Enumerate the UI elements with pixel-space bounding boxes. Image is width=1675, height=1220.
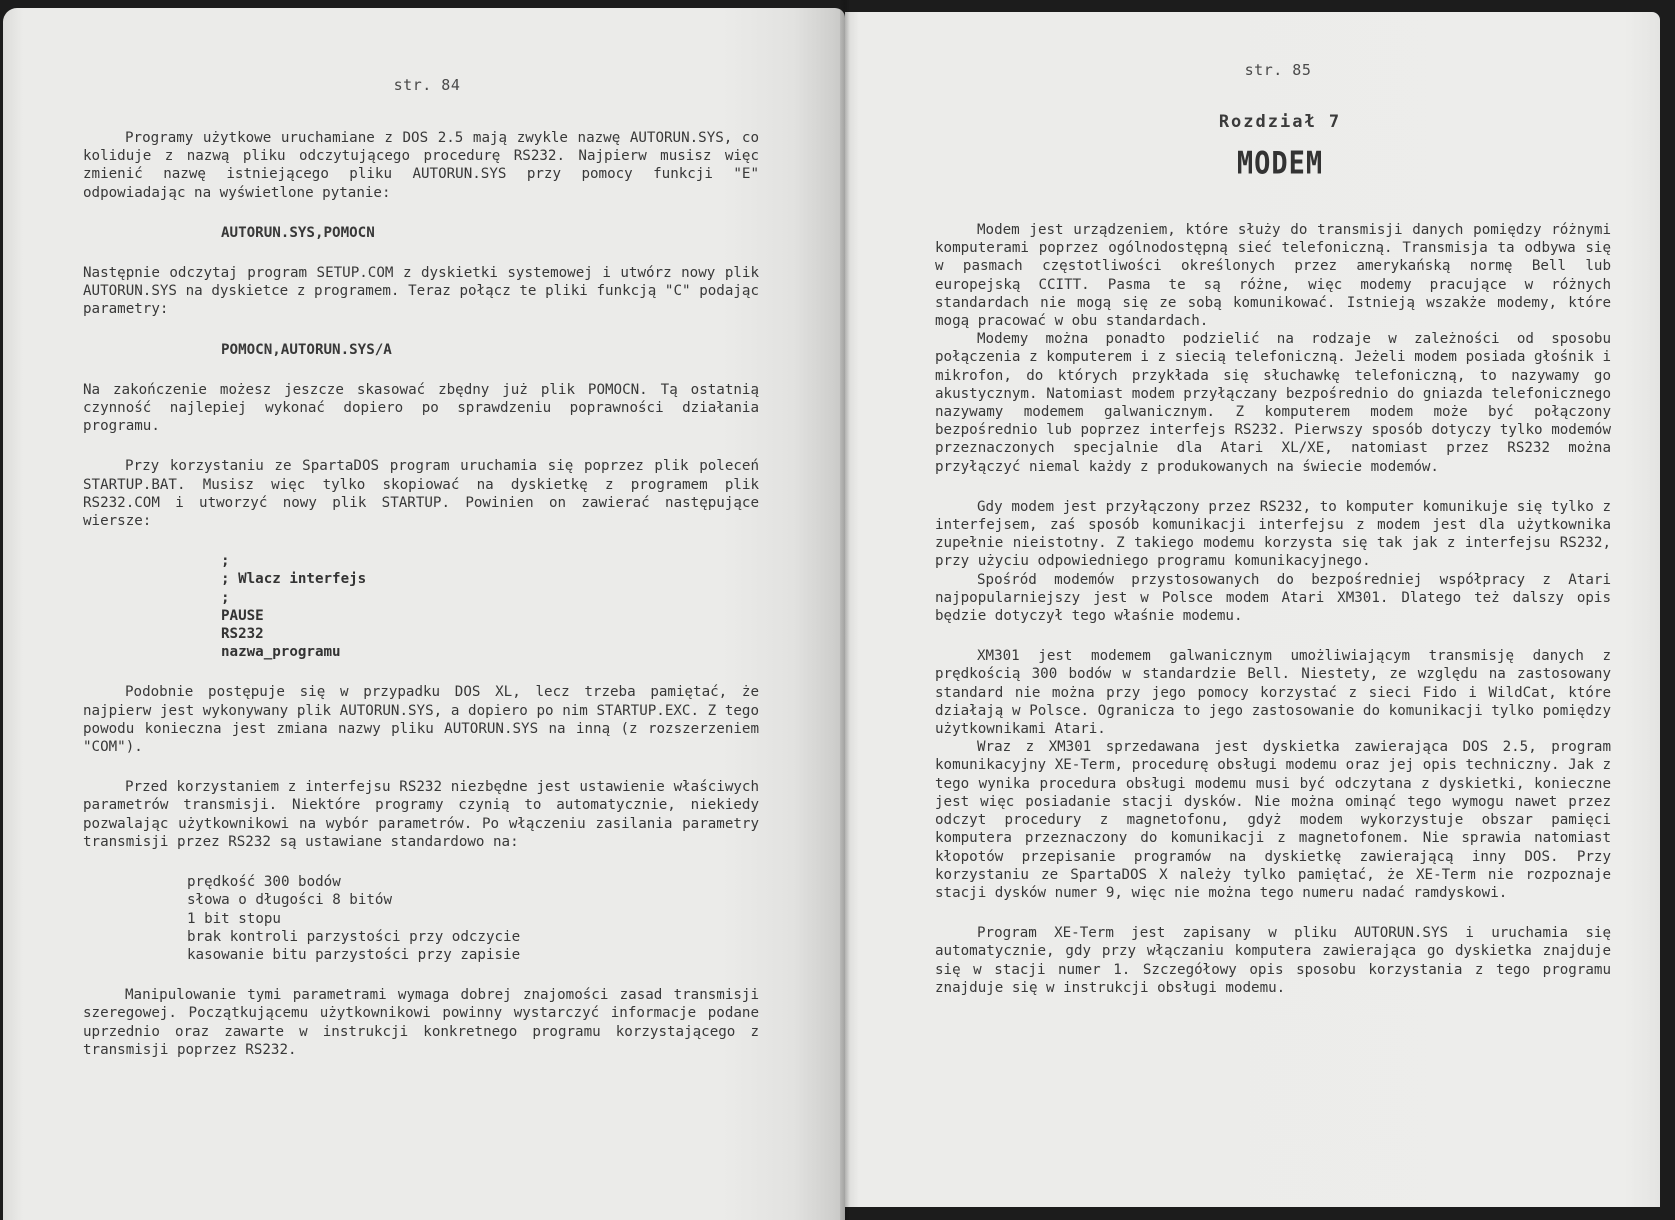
paragraph: Wraz z XM301 sprzedawana jest dyskietka … — [935, 738, 1611, 902]
param-item: 1 bit stopu — [187, 910, 759, 928]
chapter-label: Rozdział 7 — [1050, 112, 1510, 132]
paragraph: Manipulowanie tymi parametrami wymaga do… — [83, 986, 759, 1059]
left-page-body: Programy użytkowe uruchamiane z DOS 2.5 … — [83, 129, 759, 1059]
paragraph: Programy użytkowe uruchamiane z DOS 2.5 … — [83, 129, 759, 202]
book-spine — [840, 0, 850, 1220]
listing-line: nazwa_programu — [221, 643, 759, 661]
paragraph: Modemy można ponadto podzielić na rodzaj… — [935, 330, 1611, 476]
startup-listing: ; ; Wlacz interfejs ; PAUSE RS232 nazwa_… — [83, 552, 759, 661]
paragraph: Program XE-Term jest zapisany w pliku AU… — [935, 924, 1611, 997]
page-number-left: str. 84 — [327, 76, 527, 94]
paragraph: Przy korzystaniu ze SpartaDOS program ur… — [83, 457, 759, 530]
listing-line: RS232 — [221, 625, 759, 643]
chapter-title: MODEM — [1050, 146, 1510, 182]
paragraph: XM301 jest modemem galwanicznym umożliwi… — [935, 647, 1611, 738]
listing-line: ; — [221, 589, 759, 607]
paragraph: Następnie odczytaj program SETUP.COM z d… — [83, 264, 759, 319]
paragraph: Modem jest urządzeniem, które służy do t… — [935, 221, 1611, 330]
default-params-list: prędkość 300 bodów słowa o długości 8 bi… — [83, 873, 759, 964]
paragraph: Na zakończenie możesz jeszcze skasować z… — [83, 381, 759, 436]
param-item: słowa o długości 8 bitów — [187, 891, 759, 909]
paragraph: Przed korzystaniem z interfejsu RS232 ni… — [83, 778, 759, 851]
page-number-right: str. 85 — [1178, 61, 1378, 79]
command-line: POMOCN,AUTORUN.SYS/A — [83, 341, 759, 359]
param-item: brak kontroli parzystości przy odczycie — [187, 928, 759, 946]
paragraph: Podobnie postępuje się w przypadku DOS X… — [83, 683, 759, 756]
param-item: prędkość 300 bodów — [187, 873, 759, 891]
paragraph: Gdy modem jest przyłączony przez RS232, … — [935, 498, 1611, 571]
paragraph: Spośród modemów przystosowanych do bezpo… — [935, 571, 1611, 626]
right-page-body: Modem jest urządzeniem, które służy do t… — [935, 221, 1611, 997]
listing-line: ; Wlacz interfejs — [221, 570, 759, 588]
listing-line: ; — [221, 552, 759, 570]
command-line: AUTORUN.SYS,POMOCN — [83, 224, 759, 242]
listing-line: PAUSE — [221, 607, 759, 625]
param-item: kasowanie bitu parzystości przy zapisie — [187, 946, 759, 964]
